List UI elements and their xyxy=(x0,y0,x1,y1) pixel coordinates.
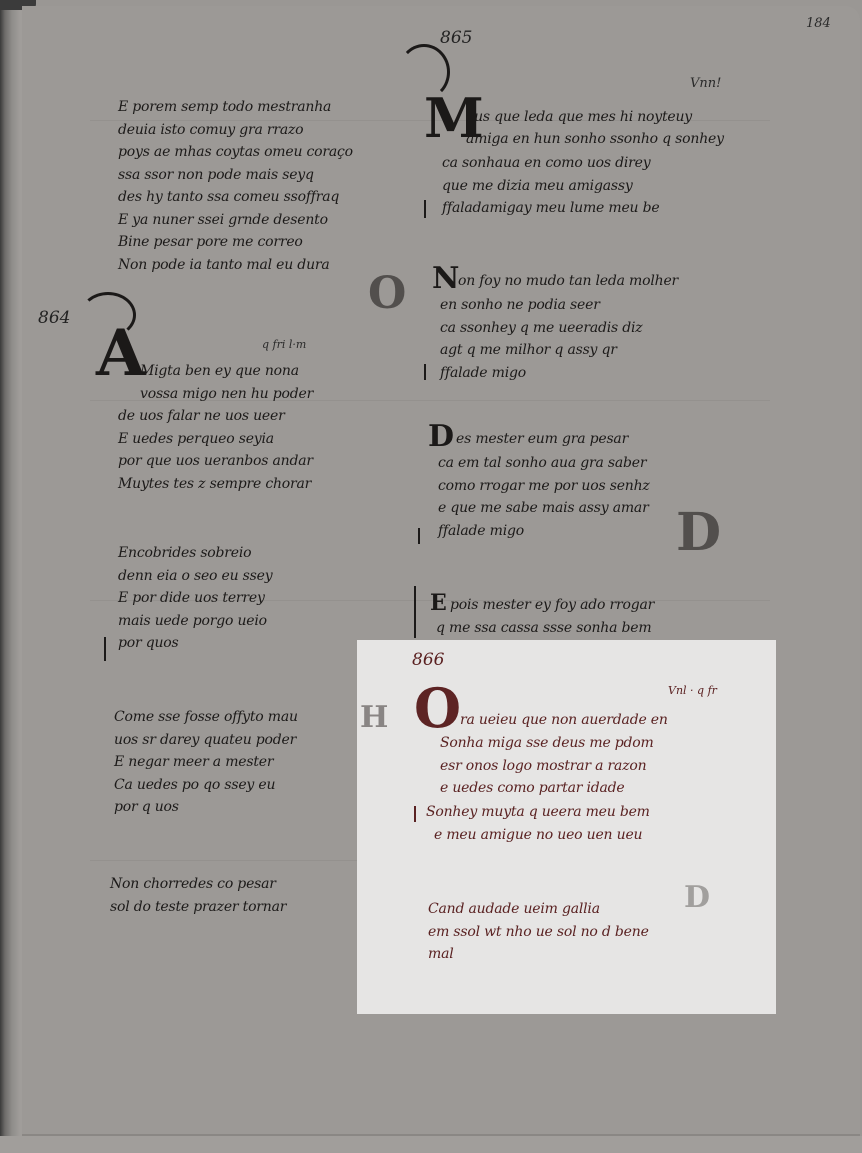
verse-line: denn eia o seo eu ssey xyxy=(118,565,272,588)
refrain-marker xyxy=(414,806,416,822)
left-stanza-2: Encobrides sobreio denn eia o seo eu sse… xyxy=(118,542,272,655)
right-stanza-4: pois mester ey foy ado rrogar xyxy=(450,594,654,617)
verse-line: Ca uedes po qo ssey eu xyxy=(114,774,298,797)
verse-line: amiga en hun sonho ssonho q sonhey xyxy=(466,128,724,151)
folio-number: 184 xyxy=(806,16,831,31)
verse-line: E por dide uos terrey xyxy=(118,587,272,610)
verse-line: ca em tal sonho aua gra saber xyxy=(438,452,650,475)
left-stanza-3: Come sse fosse offyto mau uos sr darey q… xyxy=(114,706,298,819)
margin-guide-initial: O xyxy=(368,268,406,319)
verse-line: ssa ssor non pode mais seyq xyxy=(118,164,353,187)
poem-864-stanza: Migta ben ey que nona vossa migo nen hu … xyxy=(140,360,313,405)
right-stanza-3-cont: ca em tal sonho aua gra saber como rroga… xyxy=(438,452,650,542)
poem-annotation: Vnn! xyxy=(690,76,721,91)
verse-line: que me dizia meu amigassy xyxy=(442,175,659,198)
verse-line: Migta ben ey que nona xyxy=(140,360,313,383)
book-binding-edge xyxy=(0,0,23,1140)
refrain-marker xyxy=(424,364,426,380)
margin-guide-initial: D xyxy=(684,880,710,915)
verse-line: Muytes tes z sempre chorar xyxy=(118,473,313,496)
verse-line: Encobrides sobreio xyxy=(118,542,272,565)
verse-line: q me ssa cassa ssse sonha bem xyxy=(436,617,651,640)
verse-line: en sonho ne podia seer xyxy=(440,294,642,317)
verse-line: es mester eum gra pesar xyxy=(456,428,628,451)
verse-line: em ssol wt nho ue sol no d bene xyxy=(428,921,649,944)
verse-line: e que me sabe mais assy amar xyxy=(438,497,650,520)
verse-line: uos sr darey quateu poder xyxy=(114,729,298,752)
refrain-line: e meu amigue no ueo uen ueu xyxy=(434,824,642,847)
page-bottom-edge xyxy=(0,1136,862,1153)
verse-line: Sonha miga sse deus me pdom xyxy=(440,732,654,755)
verse-line: de uos falar ne uos ueer xyxy=(118,405,313,428)
decorated-initial-O: O xyxy=(414,676,461,740)
verse-line: sol do teste prazer tornar xyxy=(110,896,286,919)
refrain-marker xyxy=(424,200,426,218)
decorated-initial-D: D xyxy=(428,420,454,454)
refrain-line: por quos xyxy=(118,632,272,655)
verse-line: Non chorredes co pesar xyxy=(110,873,286,896)
verse-line: ca ssonhey q me ueeradis diz xyxy=(440,317,642,340)
verse-line: vossa migo nen hu poder xyxy=(140,383,313,406)
verse-line: E porem semp todo mestranha xyxy=(118,96,353,119)
poem-865-stanza: eus que leda que mes hi noyteuy xyxy=(466,106,692,129)
verse-line: mais uede porgo ueio xyxy=(118,610,272,633)
verse-line: poys ae mhas coytas omeu coraço xyxy=(118,141,353,164)
verse-line: esr onos logo mostrar a razon xyxy=(440,755,654,778)
refrain-marker xyxy=(418,528,420,544)
decorated-initial-A: A xyxy=(96,318,146,390)
verse-line: on foy no mudo tan leda molher xyxy=(458,270,678,293)
refrain-line: por q uos xyxy=(114,796,298,819)
right-stanza-4-cont: q me ssa cassa ssse sonha bem xyxy=(436,617,651,640)
left-stanza-top: E porem semp todo mestranha deuia isto c… xyxy=(118,96,353,276)
right-stanza-3: es mester eum gra pesar xyxy=(456,428,628,451)
verse-line: E negar meer a mester xyxy=(114,751,298,774)
right-stanza-2: on foy no mudo tan leda molher xyxy=(458,270,678,293)
poem-864-stanza-cont: de uos falar ne uos ueer E uedes perqueo… xyxy=(118,405,313,495)
stanza-marker xyxy=(414,586,416,638)
poem-865-stanza-cont: ca sonhaua en como uos direy que me dizi… xyxy=(442,152,659,220)
verse-line: des hy tanto ssa comeu ssoffraq xyxy=(118,186,353,209)
poem-866-refrain-cont: e meu amigue no ueo uen ueu xyxy=(434,824,642,847)
verse-line: ca sonhaua en como uos direy xyxy=(442,152,659,175)
refrain-line: Sonhey muyta q ueera meu bem xyxy=(426,801,650,824)
refrain-marker xyxy=(104,637,106,661)
margin-guide-initial: H xyxy=(360,700,388,735)
verse-line: E uedes perqueo seyia xyxy=(118,428,313,451)
poem-number-864: 864 xyxy=(38,308,70,328)
poem-annotation: Vnl · q fr xyxy=(668,684,717,697)
poem-annotation: q fri l·m xyxy=(262,338,306,351)
verse-line: agt q me milhor q assy qr xyxy=(440,339,642,362)
refrain-line: ffalade migo xyxy=(438,520,650,543)
verse-line: E ya nuner ssei grnde desento xyxy=(118,209,353,232)
verse-line: por que uos ueranbos andar xyxy=(118,450,313,473)
decorated-initial-E: E xyxy=(430,590,447,616)
verse-line: pois mester ey foy ado rrogar xyxy=(450,594,654,617)
margin-guide-initial: D xyxy=(676,502,721,563)
verse-line: ra ueieu que non auerdade en xyxy=(460,709,668,732)
verse-line: como rrogar me por uos senhz xyxy=(438,475,650,498)
right-stanza-2-cont: en sonho ne podia seer ca ssonhey q me u… xyxy=(440,294,642,384)
verse-line: eus que leda que mes hi noyteuy xyxy=(466,106,692,129)
refrain-line: ffalade migo xyxy=(440,362,642,385)
verse-line: e uedes como partar idade xyxy=(440,777,654,800)
verse-line: Come sse fosse offyto mau xyxy=(114,706,298,729)
refrain-line: ffaladamigay meu lume meu be xyxy=(442,197,659,220)
poem-number-866: 866 xyxy=(412,650,444,670)
left-stanza-4: Non chorredes co pesar sol do teste praz… xyxy=(110,873,286,918)
poem-number-865: 865 xyxy=(440,28,472,48)
poem-865-stanza-l2: amiga en hun sonho ssonho q sonhey xyxy=(466,128,724,151)
poem-866-stanza-cont: Sonha miga sse deus me pdom esr onos log… xyxy=(440,732,654,800)
verse-line: mal xyxy=(428,943,649,966)
verse-line: Cand audade ueim gallia xyxy=(428,898,649,921)
verse-line: Bine pesar pore me correo xyxy=(118,231,353,254)
poem-866-refrain: Sonhey muyta q ueera meu bem xyxy=(426,801,650,824)
poem-866-stanza: ra ueieu que non auerdade en xyxy=(460,709,668,732)
poem-866-stanza-2: Cand audade ueim gallia em ssol wt nho u… xyxy=(428,898,649,966)
verse-line: deuia isto comuy gra rrazo xyxy=(118,119,353,142)
verse-line: Non pode ia tanto mal eu dura xyxy=(118,254,353,277)
decorated-initial-N: N xyxy=(432,262,459,296)
